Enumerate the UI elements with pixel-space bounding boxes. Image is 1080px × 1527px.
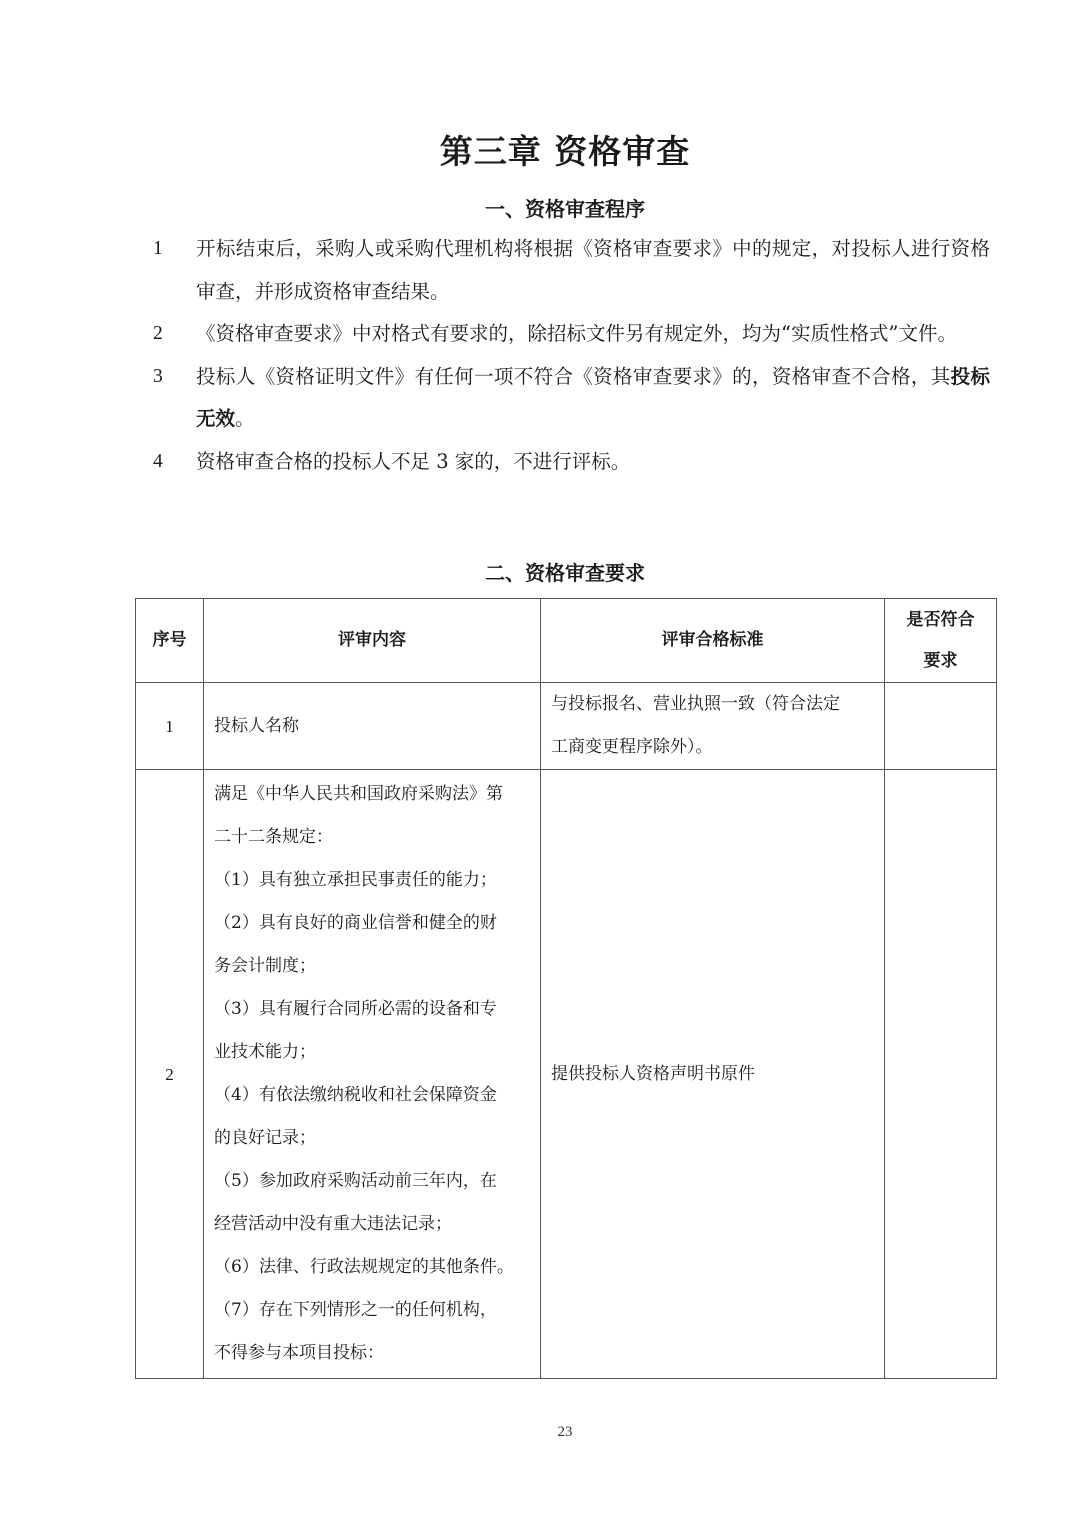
cell-serial: 2 bbox=[136, 770, 204, 1379]
header-compliant-line: 要求 bbox=[889, 641, 992, 682]
procedure-item: 1 开标结束后，采购人或采购代理机构将根据《资格审查要求》中的规定，对投标人进行… bbox=[150, 228, 990, 313]
cell-line: 与投标报名、营业执照一致（符合法定 bbox=[551, 683, 876, 726]
table-header-row: 序号 评审内容 评审合格标准 是否符合要求 bbox=[136, 599, 997, 683]
cell-line: 提供投标人资格声明书原件 bbox=[551, 1053, 876, 1096]
procedure-text-part: 投标人《资格证明文件》有任何一项不符合《资格审查要求》的，资格审查不合格，其 bbox=[196, 365, 951, 388]
cell-standard: 提供投标人资格声明书原件 bbox=[541, 770, 885, 1379]
cell-content: 满足《中华人民共和国政府采购法》第 二十二条规定： （1）具有独立承担民事责任的… bbox=[204, 770, 541, 1379]
cell-line: 经营活动中没有重大违法记录； bbox=[214, 1203, 532, 1246]
procedure-item-text: 资格审查合格的投标人不足 3 家的，不进行评标。 bbox=[196, 441, 990, 484]
cell-line: （3）具有履行合同所必需的设备和专 bbox=[214, 988, 532, 1031]
procedure-item-text: 开标结束后，采购人或采购代理机构将根据《资格审查要求》中的规定，对投标人进行资格… bbox=[196, 228, 990, 313]
cell-line: （4）有依法缴纳税收和社会保障资金 bbox=[214, 1074, 532, 1117]
cell-content: 投标人名称 bbox=[204, 683, 541, 770]
procedure-item: 3 投标人《资格证明文件》有任何一项不符合《资格审查要求》的，资格审查不合格，其… bbox=[150, 356, 990, 441]
header-content: 评审内容 bbox=[204, 599, 541, 683]
cell-line: （6）法律、行政法规规定的其他条件。 bbox=[214, 1246, 532, 1289]
header-compliant: 是否符合要求 bbox=[885, 599, 997, 683]
cell-line: 务会计制度； bbox=[214, 945, 532, 988]
procedure-list: 1 开标结束后，采购人或采购代理机构将根据《资格审查要求》中的规定，对投标人进行… bbox=[150, 228, 990, 483]
cell-line: 工商变更程序除外）。 bbox=[551, 726, 876, 769]
page-number: 23 bbox=[0, 1424, 1080, 1441]
table-row: 2 满足《中华人民共和国政府采购法》第 二十二条规定： （1）具有独立承担民事责… bbox=[136, 770, 997, 1379]
cell-serial: 1 bbox=[136, 683, 204, 770]
cell-standard: 与投标报名、营业执照一致（符合法定 工商变更程序除外）。 bbox=[541, 683, 885, 770]
cell-line: 二十二条规定： bbox=[214, 816, 532, 859]
requirements-table: 序号 评审内容 评审合格标准 是否符合要求 1 投标人名称 与投标报名、营业执照… bbox=[135, 598, 997, 1379]
cell-line: （1）具有独立承担民事责任的能力； bbox=[214, 859, 532, 902]
cell-line: （7）存在下列情形之一的任何机构， bbox=[214, 1289, 532, 1332]
chapter-title: 第三章 资格审查 bbox=[0, 126, 1080, 173]
procedure-item-text: 投标人《资格证明文件》有任何一项不符合《资格审查要求》的，资格审查不合格，其投标… bbox=[196, 356, 990, 441]
procedure-item-number: 2 bbox=[150, 313, 196, 356]
section-title-requirements: 二、资格审查要求 bbox=[0, 557, 1080, 586]
cell-line: 的良好记录； bbox=[214, 1117, 532, 1160]
procedure-item-number: 4 bbox=[150, 441, 196, 484]
cell-line: （2）具有良好的商业信誉和健全的财 bbox=[214, 902, 532, 945]
header-serial: 序号 bbox=[136, 599, 204, 683]
header-standard: 评审合格标准 bbox=[541, 599, 885, 683]
procedure-item-number: 3 bbox=[150, 356, 196, 441]
section-title-procedure: 一、资格审查程序 bbox=[0, 193, 1080, 222]
cell-line: 投标人名称 bbox=[214, 705, 532, 748]
header-compliant-line: 是否符合 bbox=[889, 600, 992, 641]
table-row: 1 投标人名称 与投标报名、营业执照一致（符合法定 工商变更程序除外）。 bbox=[136, 683, 997, 770]
cell-compliant bbox=[885, 770, 997, 1379]
procedure-text-part: 。 bbox=[235, 407, 255, 430]
procedure-item-number: 1 bbox=[150, 228, 196, 313]
cell-compliant bbox=[885, 683, 997, 770]
procedure-item: 2 《资格审查要求》中对格式有要求的，除招标文件另有规定外，均为“实质性格式”文… bbox=[150, 313, 990, 356]
cell-line: （5）参加政府采购活动前三年内，在 bbox=[214, 1160, 532, 1203]
procedure-item-text: 《资格审查要求》中对格式有要求的，除招标文件另有规定外，均为“实质性格式”文件。 bbox=[196, 313, 990, 356]
header-compliant-label: 是否符合要求 bbox=[885, 600, 996, 682]
cell-line: 不得参与本项目投标： bbox=[214, 1332, 532, 1375]
cell-line: 满足《中华人民共和国政府采购法》第 bbox=[214, 773, 532, 816]
cell-line: 业技术能力； bbox=[214, 1031, 532, 1074]
procedure-item: 4 资格审查合格的投标人不足 3 家的，不进行评标。 bbox=[150, 441, 990, 484]
